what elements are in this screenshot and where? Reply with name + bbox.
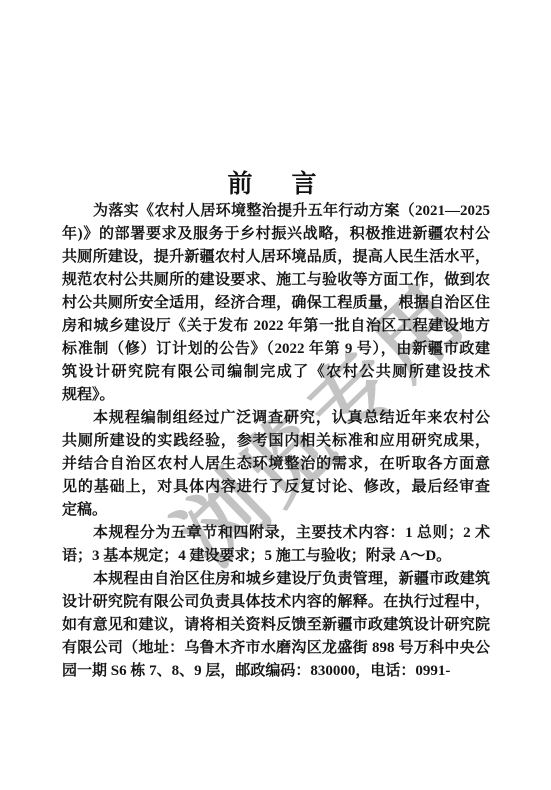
text-line: 村公共厕所安全适用，经济合理，确保工程质量，根据自治区住 — [62, 292, 490, 315]
text-line: 并结合自治区农村人居生态环境整治的需求，在听取各方面意 — [62, 453, 490, 476]
text-line: 标准制（修）订计划的公告》（2022 年第 9 号），由新疆市政建 — [62, 338, 490, 361]
text-line: 本规程编制组经过广泛调查研究，认真总结近年来农村公 — [62, 407, 490, 430]
text-line: 园一期 S6 栋 7、8、9 层，邮政编码：830000，电话：0991- — [62, 660, 490, 683]
page-title: 前 言 — [0, 164, 551, 200]
text-line: 语；3 基本规定；4 建设要求；5 施工与验收；附录 A～D。 — [62, 545, 490, 568]
text-line: 规程》。 — [62, 384, 490, 407]
text-line: 房和城乡建设厅《关于发布 2022 年第一批自治区工程建设地方 — [62, 315, 490, 338]
document-page: 浏览专用 前 言 为落实《农村人居环境整治提升五年行动方案（2021—2025年… — [0, 0, 551, 790]
preface-body: 为落实《农村人居环境整治提升五年行动方案（2021—2025年)》的部署要求及服… — [62, 200, 490, 683]
text-line: 见的基础上，对具体内容进行了反复讨论、修改，最后经审查 — [62, 476, 490, 499]
text-line: 筑设计研究院有限公司编制完成了《农村公共厕所建设技术 — [62, 361, 490, 384]
text-line: 为落实《农村人居环境整治提升五年行动方案（2021—2025 — [62, 200, 490, 223]
text-line: 共厕所建设，提升新疆农村人居环境品质，提高人民生活水平， — [62, 246, 490, 269]
text-line: 共厕所建设的实践经验，参考国内相关标准和应用研究成果， — [62, 430, 490, 453]
text-line: 本规程分为五章节和四附录，主要技术内容：1 总则；2 术 — [62, 522, 490, 545]
text-line: 定稿。 — [62, 499, 490, 522]
text-line: 设计研究院有限公司负责具体技术内容的解释。在执行过程中， — [62, 591, 490, 614]
text-line: 年)》的部署要求及服务于乡村振兴战略，积极推进新疆农村公 — [62, 223, 490, 246]
text-line: 本规程由自治区住房和城乡建设厅负责管理，新疆市政建筑 — [62, 568, 490, 591]
text-line: 如有意见和建议，请将相关资料反馈至新疆市政建筑设计研究院 — [62, 614, 490, 637]
text-line: 规范农村公共厕所的建设要求、施工与验收等方面工作，做到农 — [62, 269, 490, 292]
text-line: 有限公司（地址：乌鲁木齐市水磨沟区龙盛街 898 号万科中央公 — [62, 637, 490, 660]
